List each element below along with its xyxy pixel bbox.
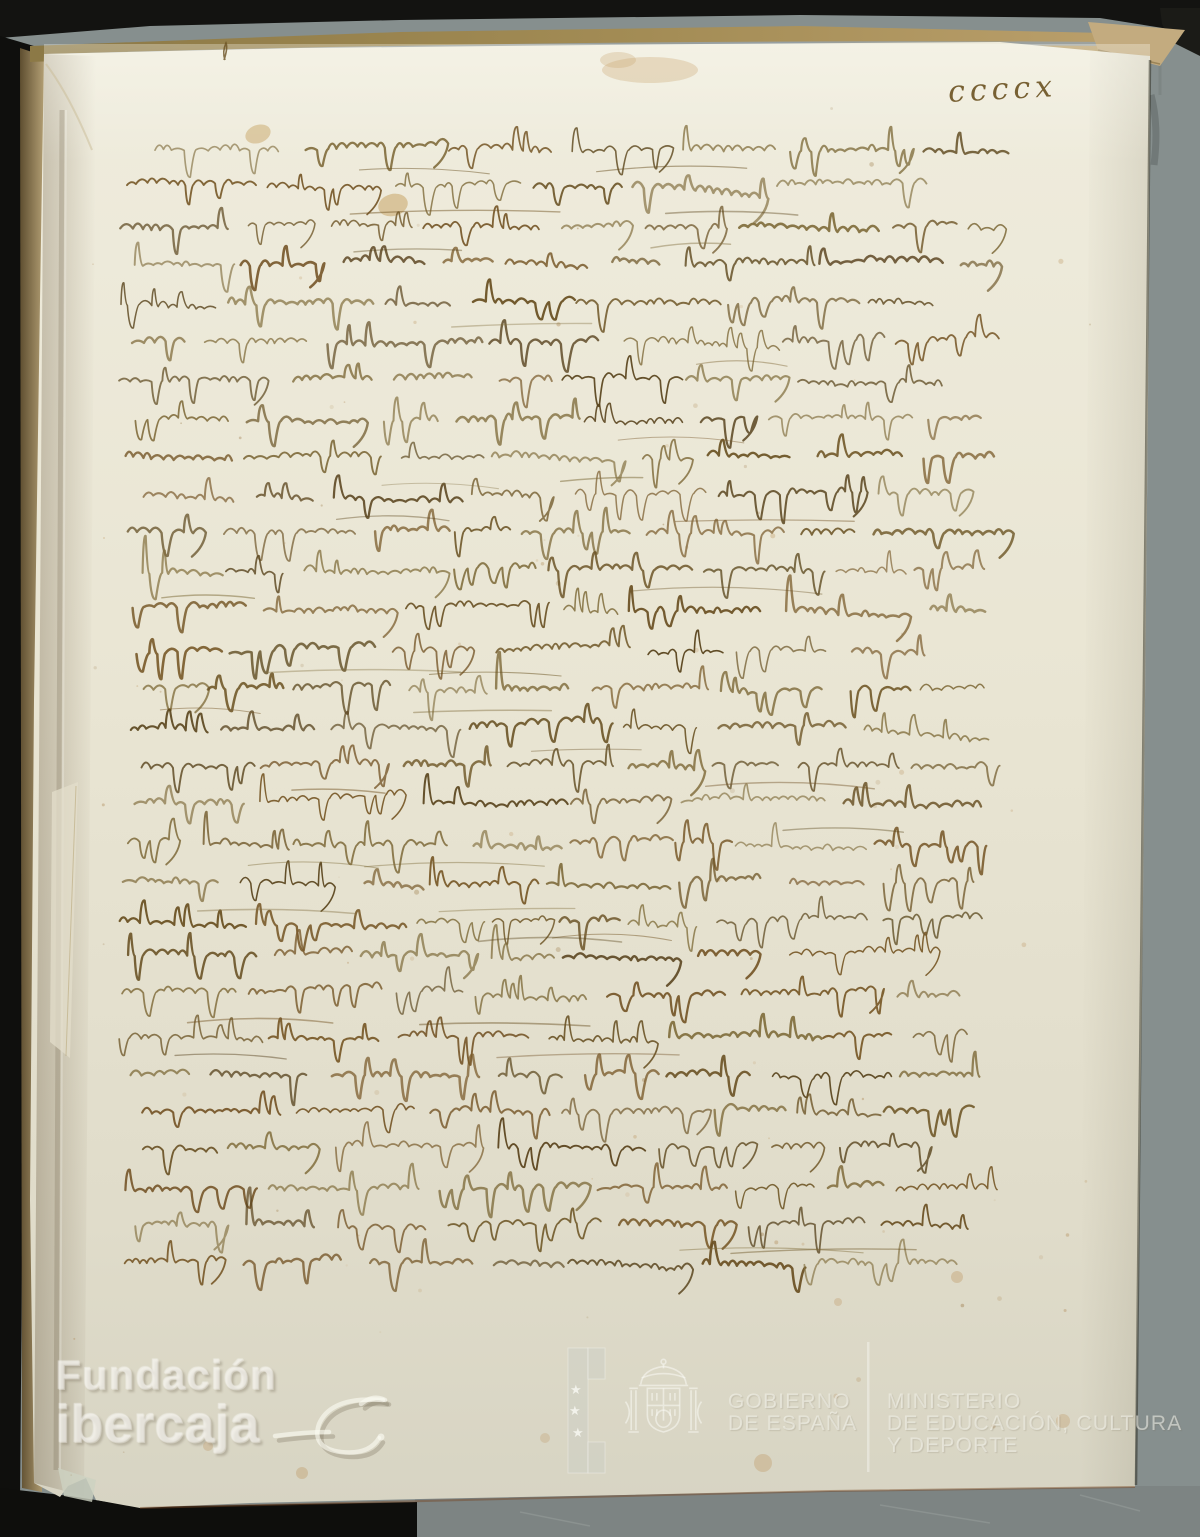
folio-number: ccccx [947, 69, 1058, 110]
page-paper [30, 42, 1150, 1508]
svg-text:★: ★ [570, 1383, 582, 1398]
ministerio-line3: Y DEPORTE [887, 1435, 1183, 1457]
watermark-divider [867, 1342, 870, 1472]
ibercaja-watermark-line2: ibercaja [56, 1394, 260, 1456]
ministerio-watermark: MINISTERIO DE EDUCACIÓN, CULTURA Y DEPOR… [887, 1391, 1183, 1457]
ibercaja-watermark-line1: Fundación [56, 1352, 277, 1400]
ministerio-line1: MINISTERIO [887, 1391, 1183, 1413]
svg-text:★: ★ [569, 1404, 581, 1419]
manuscript-photo: ★ ★ ★ [0, 0, 1200, 1537]
book-page [30, 42, 1150, 1508]
gobierno-line2: DE ESPAÑA [728, 1413, 857, 1435]
ministerio-line2: DE EDUCACIÓN, CULTURA [887, 1413, 1183, 1435]
svg-text:★: ★ [572, 1426, 584, 1441]
gobierno-watermark: GOBIERNO DE ESPAÑA [728, 1391, 857, 1435]
manuscript-scan: ★ ★ ★ [0, 0, 1200, 1537]
gobierno-line1: GOBIERNO [728, 1391, 857, 1413]
